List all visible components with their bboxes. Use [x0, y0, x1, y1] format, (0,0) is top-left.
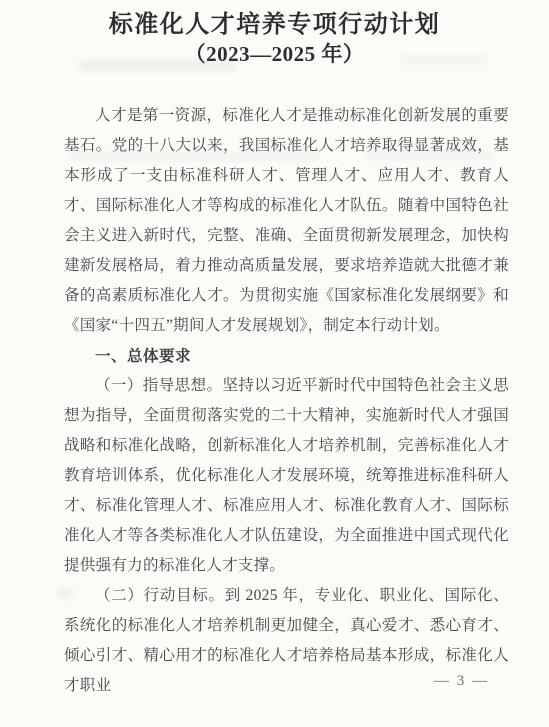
paragraph-intro: 人才是第一资源，标准化人才是推动标准化创新发展的重要基石。党的十八大以来，我国标…	[64, 101, 509, 341]
page-number: — 3 —	[434, 673, 489, 690]
document-subtitle: （2023—2025 年）	[0, 41, 549, 67]
document-title: 标准化人才培养专项行动计划	[0, 10, 549, 40]
document-page: 标准化人才培养专项行动计划 （2023—2025 年） 人才是第一资源，标准化人…	[0, 0, 549, 727]
document-body: 人才是第一资源，标准化人才是推动标准化创新发展的重要基石。党的十八大以来，我国标…	[64, 101, 509, 701]
document-header: 标准化人才培养专项行动计划 （2023—2025 年）	[0, 0, 549, 67]
section-heading-overall-requirements: 一、总体要求	[64, 341, 509, 371]
paragraph-guiding-ideology: （一）指导思想。坚持以习近平新时代中国特色社会主义思想为指导，全面贯彻落实党的二…	[64, 371, 509, 581]
